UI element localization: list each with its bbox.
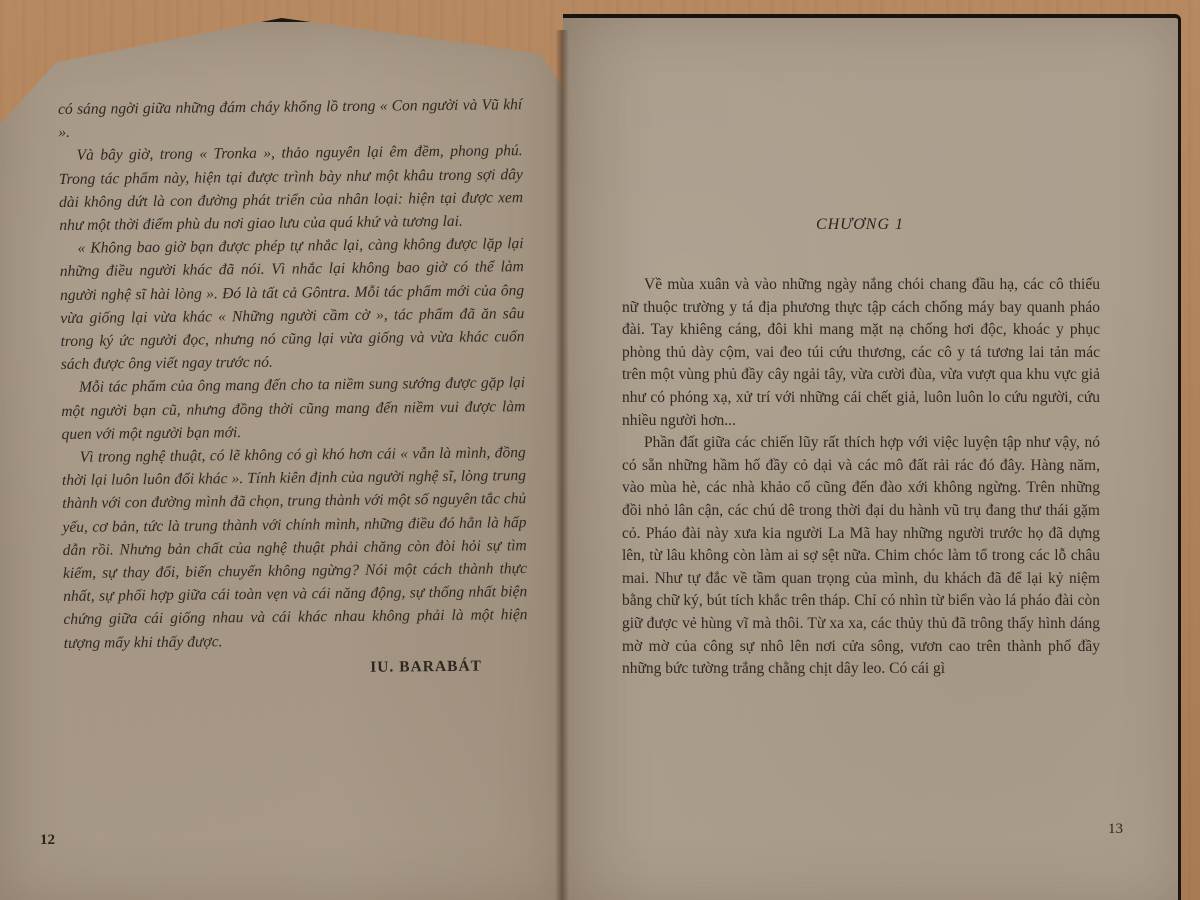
right-page-text: Về mùa xuân và vào những ngày nắng chói … bbox=[622, 274, 1100, 681]
paragraph: có sáng ngời giữa những đám cháy khổng l… bbox=[58, 93, 522, 144]
open-book: có sáng ngời giữa những đám cháy khổng l… bbox=[0, 0, 1200, 900]
paragraph: « Không bao giờ bạn được phép tự nhắc lạ… bbox=[59, 232, 524, 376]
paragraph: Về mùa xuân và vào những ngày nắng chói … bbox=[622, 274, 1100, 432]
left-page-text: có sáng ngời giữa những đám cháy khổng l… bbox=[58, 93, 528, 682]
paragraph: Và bây giờ, trong « Tronka », thảo nguyê… bbox=[58, 140, 523, 238]
paragraph: Mỗi tác phẩm của ông mang đến cho ta niề… bbox=[61, 372, 526, 446]
paragraph: Vì trong nghệ thuật, có lẽ không có gì k… bbox=[62, 441, 528, 655]
chapter-title: CHƯƠNG 1 bbox=[610, 216, 1110, 234]
page-number-left: 12 bbox=[40, 832, 55, 849]
author-signature: IU. BARABÁT bbox=[64, 654, 528, 682]
paragraph: Phần đất giữa các chiến lũy rất thích hợ… bbox=[622, 432, 1100, 681]
page-number-right: 13 bbox=[1108, 821, 1123, 838]
book-spine-gutter bbox=[555, 30, 569, 900]
